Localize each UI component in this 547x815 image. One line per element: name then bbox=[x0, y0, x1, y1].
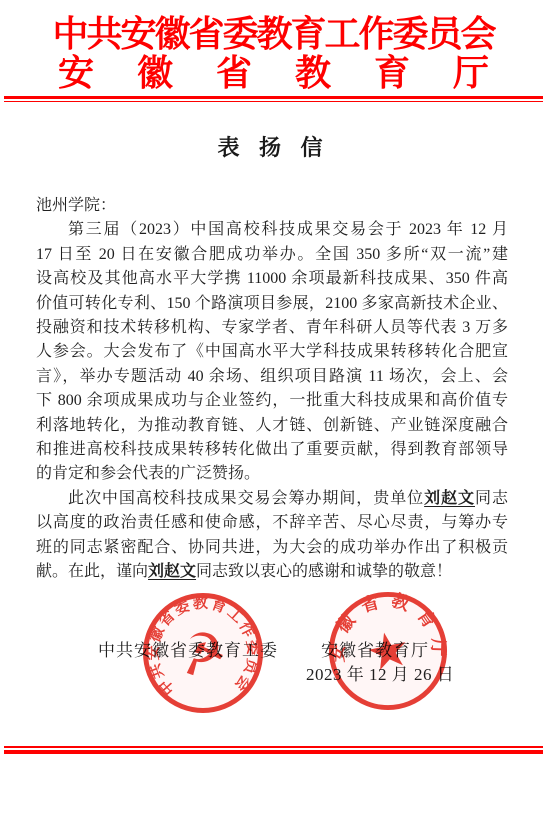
body-text: 献。在此，谨向 bbox=[36, 563, 148, 580]
body-line: 人参会。大会发布了《中国高水平大学科技成果转移转化合肥宣 bbox=[36, 340, 508, 364]
body-line: 的肯定和参会代表的广泛赞扬。 bbox=[36, 462, 508, 486]
party-committee-seal: 中共安徽省委教育工作委员会 ☭ bbox=[141, 591, 265, 715]
body-line: 投融资和技术转移机构、专家学者、青年科研人员等代表 3 万多 bbox=[36, 316, 508, 340]
letterhead-org-line2: 安徽省教育厅 bbox=[58, 53, 489, 93]
body-line: 言》，举办专题活动 40 余场、组织项目路演 11 场次，会上、会 bbox=[36, 365, 508, 389]
education-department-seal: 安徽省教育厅 ★ bbox=[325, 590, 451, 712]
letterhead-org-line1: 中共安徽省委教育工作委员会 bbox=[0, 6, 547, 57]
footer-rule-thin bbox=[4, 746, 543, 748]
body-line: 此次中国高校科技成果交易会筹办期间，贵单位刘赵文同志 bbox=[36, 487, 508, 511]
honoree-name: 刘赵文 bbox=[148, 563, 196, 580]
body-line: 以高度的政治责任感和使命感，不辞辛苦、尽心尽责，与筹办专 bbox=[36, 511, 508, 535]
salutation: 池州学院： bbox=[36, 194, 508, 218]
body-line: 和推进高校科技成果转移转化做出了重要贡献，得到教育部领导 bbox=[36, 438, 508, 462]
body-line: 利落地转化，为推动教育链、人才链、创新链、产业链深度融合 bbox=[36, 414, 508, 438]
body-text: 同志 bbox=[475, 490, 508, 507]
body-line: 班的同志紧密配合、协同共进，为大会的成功举办作出了积极贡 bbox=[36, 536, 508, 560]
body-line: 设高校及其他高水平大学携 11000 余项最新科技成果、350 件高 bbox=[36, 267, 508, 291]
body-line: 第三届（2023）中国高校科技成果交易会于 2023 年 12 月 bbox=[36, 218, 508, 242]
letter-body: 池州学院： 第三届（2023）中国高校科技成果交易会于 2023 年 12 月 … bbox=[36, 194, 508, 585]
footer-rule-thick bbox=[4, 750, 543, 754]
letter-title: 表 扬 信 bbox=[0, 131, 547, 162]
commendation-letter-page: 中共安徽省委教育工作委员会 安徽省教育厅 表 扬 信 池州学院： 第三届（202… bbox=[0, 0, 547, 815]
body-line: 下 800 余项成果成功与企业签约，一批重大科技成果和高价值专 bbox=[36, 389, 508, 413]
body-line: 献。在此，谨向刘赵文同志致以衷心的感谢和诚挚的敬意！ bbox=[36, 560, 508, 584]
body-text: 此次中国高校科技成果交易会筹办期间，贵单位 bbox=[68, 490, 424, 507]
body-line: 价值可转化专利、150 个路演项目参展，2100 多家高新技术企业、 bbox=[36, 292, 508, 316]
body-line: 17 日至 20 日在安徽合肥成功举办。全国 350 多所“双一流”建 bbox=[36, 243, 508, 267]
letterhead-rule-thin bbox=[4, 101, 543, 102]
body-text: 同志致以衷心的感谢和诚挚的敬意！ bbox=[196, 563, 452, 580]
letterhead-rule-thick bbox=[4, 96, 543, 99]
honoree-name: 刘赵文 bbox=[424, 490, 475, 507]
